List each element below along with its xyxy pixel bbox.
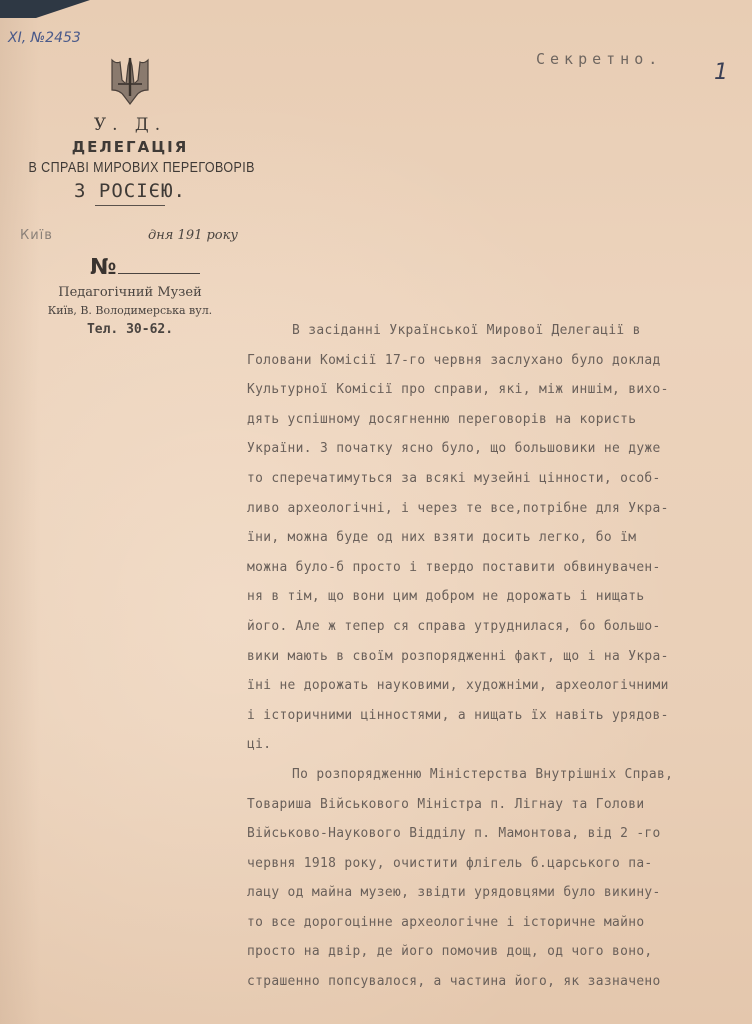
text-line: Товариша Військового Міністра п. Лігнау … <box>247 790 752 820</box>
address-phone: Тел. 30-62. <box>12 320 248 340</box>
date-city: Київ <box>20 228 53 243</box>
text-line: страшенно попсувалося, а частина його, я… <box>247 967 752 997</box>
letterhead-org-subtitle: В СПРАВІ МИРОВИХ ПЕРЕГОВОРІВ <box>29 157 232 179</box>
text-line: По розпорядженню Міністерства Внутрішніх… <box>247 760 752 790</box>
text-line: то все дорогоцінне археологічне і істори… <box>247 908 752 938</box>
typed-letter-body: В засіданні Української Мирової Делегаці… <box>247 316 752 997</box>
text-line: Культурної Комісії про справи, які, між … <box>247 375 752 405</box>
paragraph-1: В засіданні Української Мирової Делегаці… <box>247 316 752 760</box>
text-line: України. З початку ясно було, що большов… <box>247 434 752 464</box>
document-number-field: № <box>90 255 200 280</box>
letterhead-divider <box>95 205 165 206</box>
text-line: їні не дорожать науковими, художніми, ар… <box>247 671 752 701</box>
text-line: просто на двір, де його помочив дощ, од … <box>247 937 752 967</box>
text-line: і історичними цінностями, а нищать їх на… <box>247 701 752 731</box>
letterhead-address: Педагогічний Музей Київ, В. Володимерськ… <box>12 284 248 340</box>
number-sign: № <box>90 255 116 280</box>
number-blank <box>118 273 200 274</box>
text-line: дять успішному досягненню переговорів на… <box>247 405 752 435</box>
text-line: лацу од майна музею, звідти урядовцями б… <box>247 878 752 908</box>
text-line: вики мають в своїм розпорядженні факт, щ… <box>247 642 752 672</box>
text-line: В засіданні Української Мирової Делегаці… <box>247 316 752 346</box>
letterhead-org-country: З РОСІЄЮ. <box>12 179 248 203</box>
trident-coat-of-arms-icon <box>108 56 152 106</box>
archive-mark: XI, №2453 <box>8 30 81 46</box>
text-line: Військово-Наукового Відділу п. Мамонтова… <box>247 819 752 849</box>
text-line: Головани Комісії 17-го червня заслухано … <box>247 346 752 376</box>
paragraph-2: По розпорядженню Міністерства Внутрішніх… <box>247 760 752 997</box>
address-museum: Педагогічний Музей <box>12 284 248 302</box>
text-line: то сперечатимуться за всякі музейні цінн… <box>247 464 752 494</box>
letterhead-org-name: ДЕЛЕГАЦІЯ <box>12 137 248 157</box>
text-line: ня в тім, що вони цим добром не дорожать… <box>247 582 752 612</box>
scan-background-corner <box>0 0 90 18</box>
text-line: червня 1918 року, очистити флігель б.цар… <box>247 849 752 879</box>
text-line: його. Але ж тепер ся справа утруднилася,… <box>247 612 752 642</box>
date-line: Київ дня 191 року <box>20 228 240 243</box>
letterhead: У. Д. ДЕЛЕГАЦІЯ В СПРАВІ МИРОВИХ ПЕРЕГОВ… <box>12 114 248 204</box>
date-form: дня 191 року <box>148 228 238 243</box>
letterhead-initials: У. Д. <box>12 114 248 136</box>
text-line: ці. <box>247 730 752 760</box>
document-page: XI, №2453 Секретно. 1 У. Д. ДЕЛЕГАЦІЯ В … <box>0 0 752 1024</box>
text-line: їни, можна буде од них взяти досить легк… <box>247 523 752 553</box>
text-line: ливо археологічні, і через те все,потріб… <box>247 494 752 524</box>
page-number: 1 <box>714 60 728 85</box>
text-line: можна було-б просто і твердо поставити о… <box>247 553 752 583</box>
classification-stamp: Секретно. <box>536 50 662 68</box>
address-street: Київ, В. Володимерська вул. <box>12 302 248 320</box>
